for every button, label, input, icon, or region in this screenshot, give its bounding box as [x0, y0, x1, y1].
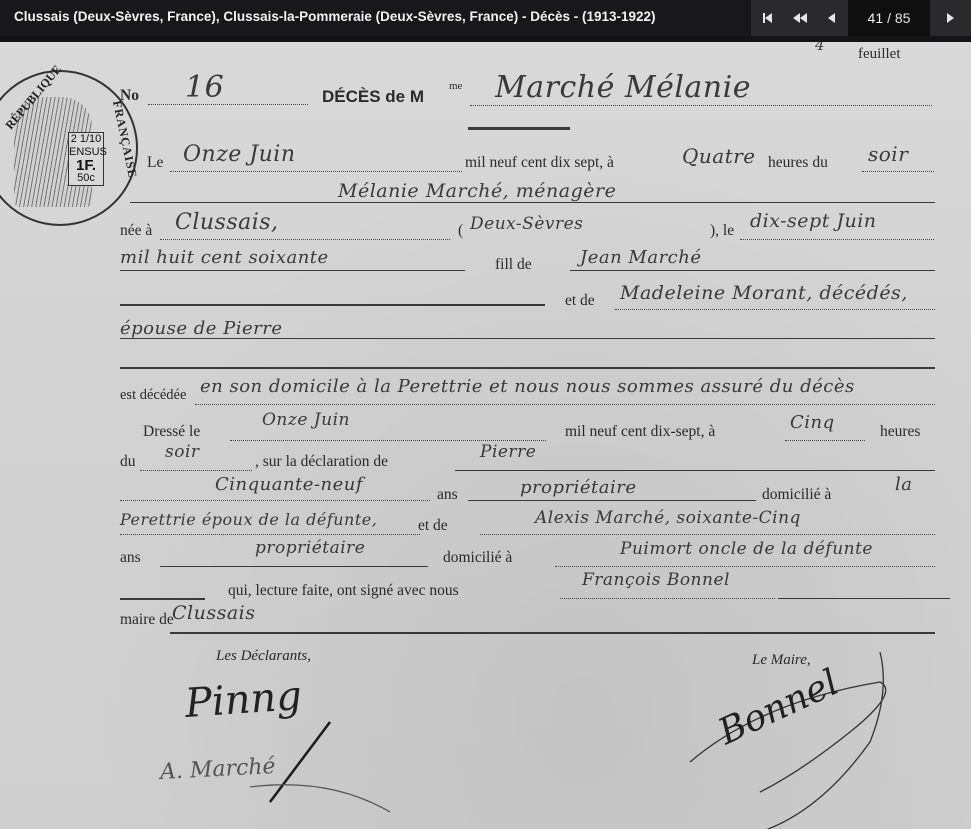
heading-suffix: me [449, 80, 462, 92]
handwritten-record-hour: Cinq [790, 412, 835, 433]
mayor-signature: Bonnel [712, 662, 845, 753]
printed-text: ), le [710, 222, 734, 240]
next-page-button[interactable] [935, 0, 965, 36]
document-heading: DÉCÈS de M [322, 87, 424, 107]
dotted-line [470, 105, 932, 106]
form-line [778, 598, 950, 599]
handwritten-birthdate: dix-sept Juin [750, 210, 877, 232]
handwritten-date: Onze Juin [183, 142, 296, 167]
previous-ten-button[interactable] [785, 0, 815, 36]
handwritten-father: Jean Marché [580, 247, 702, 268]
act-number: 16 [185, 70, 224, 105]
handwritten-profession-2: propriétaire [255, 538, 365, 558]
deceased-name: Marché Mélanie [495, 70, 751, 105]
document-title: Clussais (Deux-Sèvres, France), Clussais… [14, 0, 656, 36]
form-line [120, 304, 545, 306]
handwritten-declarant-2: Alexis Marché, soixante-Cinq [535, 508, 801, 528]
handwritten-residence-2: Puimort oncle de la défunte [620, 539, 873, 559]
printed-text: qui, lecture faite, ont signé avec nous [228, 582, 459, 600]
first-page-icon [763, 13, 773, 23]
stamp-price-line: 2 1/10 [69, 133, 103, 146]
printed-text: domicilié à [762, 486, 831, 504]
form-line [130, 202, 935, 203]
printed-text: et de [565, 292, 595, 310]
handwritten-hour: Quatre [682, 144, 756, 168]
declarant-signature-1: Pinng [184, 673, 304, 727]
current-page-input[interactable]: 41 [868, 0, 884, 36]
stamp-price-line: 1F. [69, 159, 103, 172]
dotted-line [140, 470, 252, 471]
printed-text: domicilié à [443, 549, 512, 567]
dotted-line [555, 566, 935, 567]
form-line [120, 598, 205, 600]
previous-ten-icon [793, 13, 807, 23]
form-line [120, 270, 465, 271]
printed-text: ans [120, 549, 141, 567]
printed-text: Le [147, 154, 163, 172]
first-page-button[interactable] [753, 0, 783, 36]
declarants-label: Les Déclarants, [216, 648, 311, 665]
printed-text: est décédée [120, 387, 186, 404]
handwritten-spouse: épouse de Pierre [120, 318, 283, 339]
handwritten-department: Deux-Sèvres [470, 214, 583, 234]
dotted-line [230, 440, 546, 441]
feuillet-number: 4 [815, 42, 825, 54]
handwritten-profession-1: propriétaire [520, 477, 636, 498]
dotted-line [195, 404, 935, 405]
stamp-right-text: FRANÇAISE [109, 99, 140, 179]
printed-text: ( [458, 222, 463, 240]
printed-text: mil neuf cent dix-sept, à [565, 423, 715, 441]
dotted-line [785, 440, 865, 441]
dotted-line [120, 500, 430, 501]
printed-text: maire de [120, 611, 174, 629]
printed-text: , sur la déclaration de [255, 453, 388, 471]
dotted-line [560, 598, 775, 599]
printed-text: mil neuf cent dix sept, à [465, 154, 614, 172]
declarant-signature-2: A. Marché [159, 754, 276, 785]
form-line [120, 338, 935, 339]
dotted-line [148, 104, 308, 105]
printed-text: née à [120, 222, 152, 240]
printed-text: du [120, 453, 136, 471]
form-line [468, 500, 756, 501]
form-line [170, 632, 935, 634]
printed-text: et de [418, 517, 448, 535]
dotted-line [170, 171, 462, 172]
dotted-line [615, 309, 935, 310]
viewer-toolbar: Clussais (Deux-Sèvres, France), Clussais… [0, 0, 971, 42]
total-pages: / 85 [887, 0, 910, 36]
handwritten-record-date: Onze Juin [262, 410, 350, 430]
page-counter: 41 / 85 [848, 0, 930, 36]
printed-text: heures du [768, 154, 828, 172]
next-page-icon [946, 13, 954, 23]
handwritten-age-1: Cinquante-neuf [215, 474, 363, 495]
document-image[interactable]: RÉPUBLIQUE FRANÇAISE 2 1/10 ENSUS 1F. 50… [0, 42, 971, 829]
dotted-line [120, 534, 420, 535]
previous-page-icon [828, 13, 836, 23]
handwritten-mayor-name: François Bonnel [582, 570, 730, 590]
navigation-group [751, 0, 848, 36]
form-line [120, 367, 935, 369]
next-group [930, 0, 971, 36]
form-line [570, 270, 935, 271]
stamp-price: 2 1/10 ENSUS 1F. 50c [68, 132, 104, 186]
dotted-line [160, 239, 450, 240]
handwritten-declarant-1: Pierre [480, 442, 536, 462]
previous-page-button[interactable] [817, 0, 847, 36]
dotted-line [480, 534, 935, 535]
handwritten-relation-1: Perettrie époux de la défunte, [120, 510, 377, 529]
handwritten-birthplace: Clussais, [175, 210, 279, 235]
handwritten-period: soir [868, 142, 908, 166]
number-label: No [120, 87, 139, 105]
handwritten-death-place: en son domicile à la Perettrie et nous n… [200, 376, 855, 397]
stamp-price-line: 50c [69, 172, 103, 185]
heading-rule [468, 127, 570, 130]
handwritten-residence-1: la [895, 474, 913, 495]
handwritten-record-period: soir [165, 442, 200, 462]
dotted-line [740, 239, 934, 240]
form-line [160, 566, 428, 567]
mayor-label: Le Maire, [752, 652, 811, 669]
printed-text: Dressé le [143, 423, 200, 441]
handwritten-mother: Madeleine Morant, décédés, [620, 282, 908, 304]
handwritten-commune: Clussais [172, 602, 256, 624]
printed-text: ans [437, 486, 458, 504]
printed-text: fill de [495, 256, 532, 274]
printed-text: heures [880, 423, 920, 441]
form-line [455, 470, 935, 471]
dotted-line [862, 171, 934, 172]
revenue-stamp: RÉPUBLIQUE FRANÇAISE 2 1/10 ENSUS 1F. 50… [0, 70, 138, 226]
feuillet-label: feuillet [858, 46, 900, 63]
handwritten-birthyear: mil huit cent soixante [120, 247, 329, 268]
handwritten-deceased: Mélanie Marché, ménagère [338, 180, 616, 202]
